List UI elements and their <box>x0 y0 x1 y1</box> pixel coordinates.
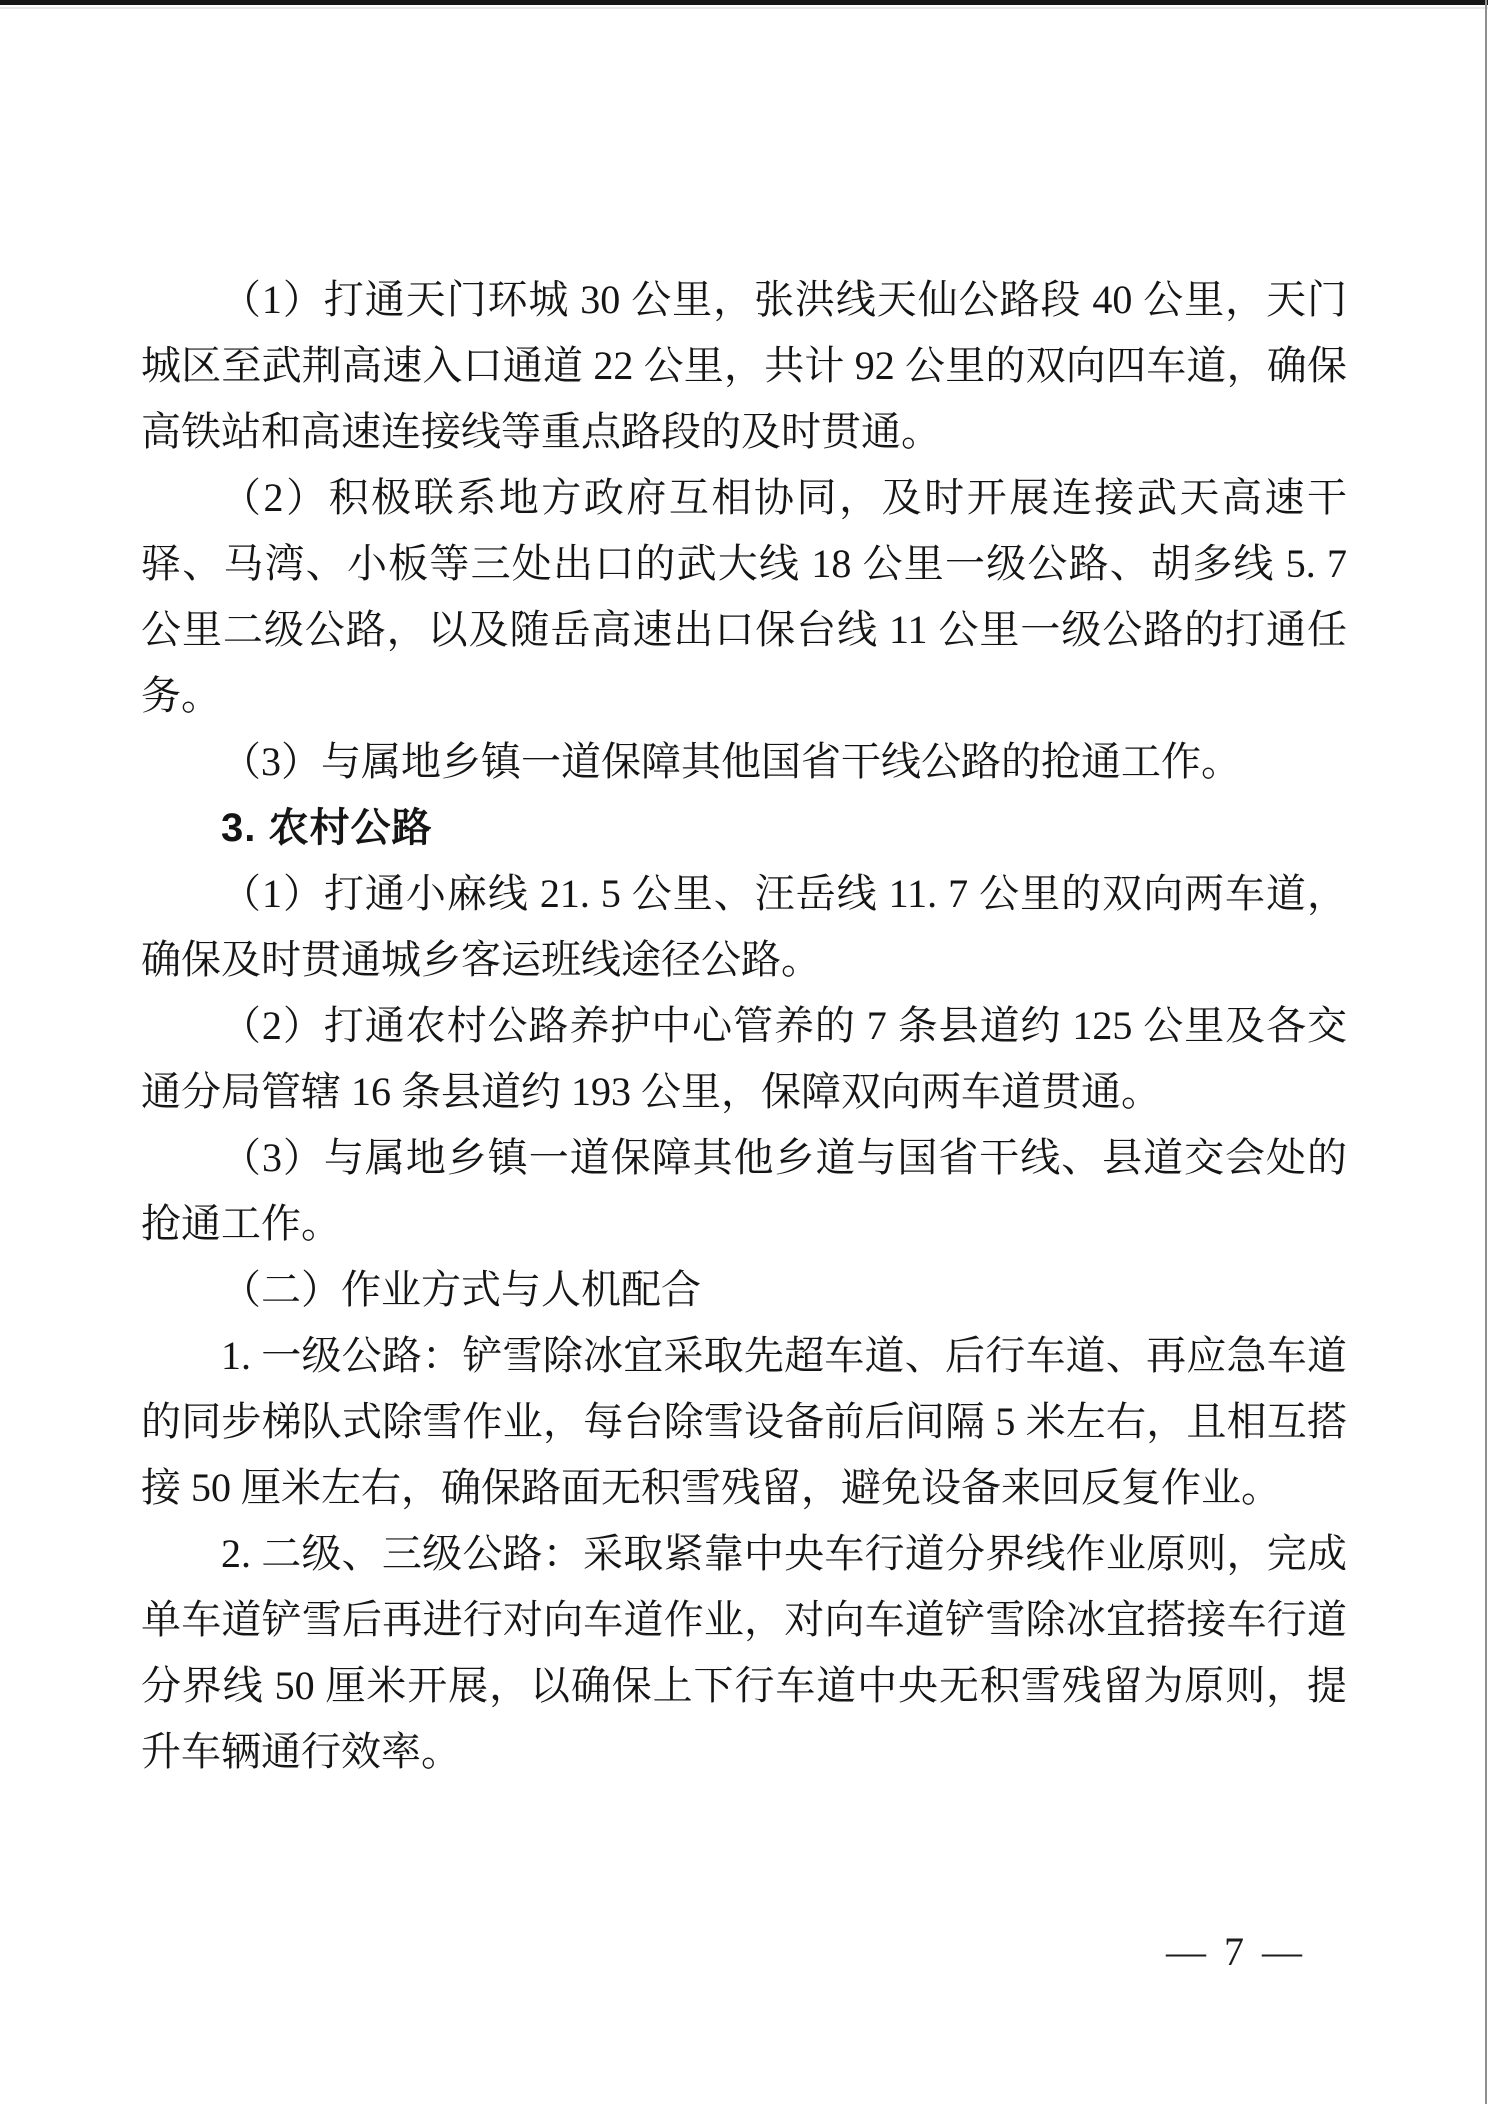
paragraph-trunk-roads-item-1: （1）打通天门环城 30 公里，张洪线天仙公路段 40 公里，天门城区至武荆高速… <box>141 267 1347 465</box>
page-number: — 7 — <box>1166 1928 1306 1975</box>
paragraph-trunk-roads-item-2: （2）积极联系地方政府互相协同，及时开展连接武天高速干驿、马湾、小板等三处出口的… <box>141 465 1347 729</box>
document-page: （1）打通天门环城 30 公里，张洪线天仙公路段 40 公里，天门城区至武荆高速… <box>0 0 1488 2104</box>
paragraph-trunk-roads-item-3: （3）与属地乡镇一道保障其他国省干线公路的抢通工作。 <box>141 729 1347 795</box>
section-heading-rural-roads: 3. 农村公路 <box>141 795 1347 861</box>
document-body: （1）打通天门环城 30 公里，张洪线天仙公路段 40 公里，天门城区至武荆高速… <box>141 267 1347 1785</box>
paragraph-grade2-3-roads: 2. 二级、三级公路：采取紧靠中央车行道分界线作业原则，完成单车道铲雪后再进行对… <box>141 1521 1347 1785</box>
paragraph-rural-roads-item-2: （2）打通农村公路养护中心管养的 7 条县道约 125 公里及各交通分局管辖 1… <box>141 993 1347 1125</box>
section-heading-operation-mode: （二）作业方式与人机配合 <box>141 1257 1347 1323</box>
scan-artifact-top-shadow <box>0 7 1488 9</box>
paragraph-rural-roads-item-1: （1）打通小麻线 21. 5 公里、汪岳线 11. 7 公里的双向两车道，确保及… <box>141 861 1347 993</box>
paragraph-rural-roads-item-3: （3）与属地乡镇一道保障其他乡道与国省干线、县道交会处的抢通工作。 <box>141 1125 1347 1257</box>
scan-artifact-top-bar <box>0 0 1488 5</box>
scan-artifact-right-line <box>1485 0 1487 2104</box>
paragraph-grade1-roads: 1. 一级公路：铲雪除冰宜采取先超车道、后行车道、再应急车道的同步梯队式除雪作业… <box>141 1323 1347 1521</box>
